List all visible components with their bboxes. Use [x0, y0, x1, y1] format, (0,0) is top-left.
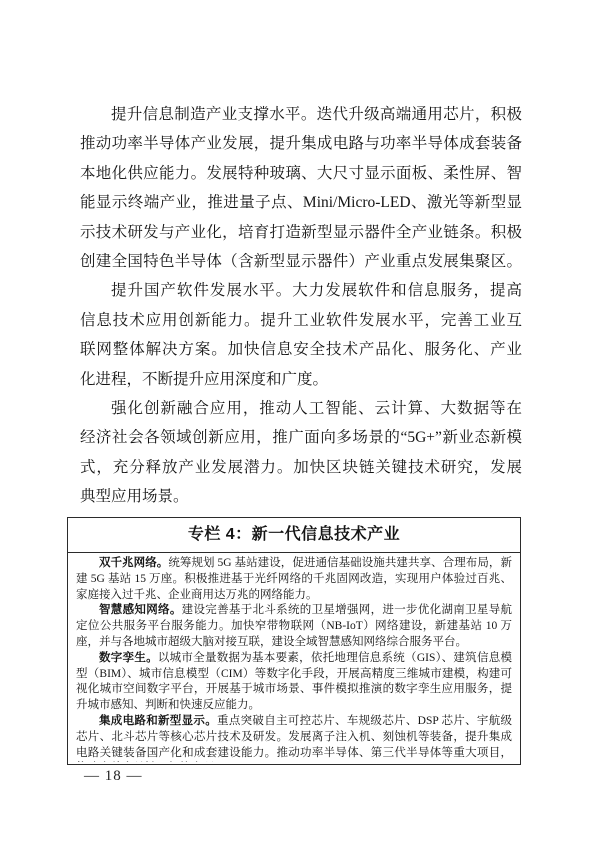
- box-item: 集成电路和新型显示。重点突破自主可控芯片、车规级芯片、DSP 芯片、宇航级芯片、…: [76, 714, 512, 762]
- box-item: 数字孪生。以城市全量数据为基本要素，依托地理信息系统（GIS）、建筑信息模型（B…: [76, 651, 512, 714]
- text-line: 提升国产软件发展水平。大力发展软件和信息服务，提高: [80, 276, 522, 305]
- box-item: 智慧感知网络。建设完善基于北斗系统的卫星增强网，进一步优化湖南卫星导航定位公共服…: [76, 603, 512, 650]
- box-item-heading: 智慧感知网络。: [99, 604, 182, 616]
- text-line: 联网整体解决方案。加快信息安全技术产品化、服务化、产业: [80, 335, 522, 364]
- text-line: 创建全国特色半导体（含新型显示器件）产业重点发展集聚区。: [80, 247, 522, 276]
- paragraph: 提升国产软件发展水平。大力发展软件和信息服务，提高 信息技术应用创新能力。提升工…: [80, 276, 522, 394]
- text-line: 本地化供应能力。发展特种玻璃、大尺寸显示面板、柔性屏、智: [80, 159, 522, 188]
- paragraph: 提升信息制造产业支撑水平。迭代升级高端通用芯片，积极 推动功率半导体产业发展，提…: [80, 100, 522, 276]
- box-item: 双千兆网络。统筹规划 5G 基站建设，促进通信基础设施共建共享、合理布局，新建 …: [76, 556, 512, 603]
- text-line: 强化创新融合应用，推动人工智能、云计算、大数据等在: [80, 394, 522, 423]
- text-line: 经济社会各领域创新应用，推广面向多场景的“5G+”新业态新模: [80, 423, 522, 452]
- page-number: — 18 —: [84, 768, 143, 785]
- text-line: 式，充分释放产业发展潜力。加快区块链关键技术研究，发展: [80, 453, 522, 482]
- text-line: 典型应用场景。: [80, 482, 522, 511]
- column-box-body: 双千兆网络。统筹规划 5G 基站建设，促进通信基础设施共建共享、合理布局，新建 …: [68, 553, 520, 762]
- text-line: 示技术研发与产业化，培育打造新型显示器件全产业链条。积极: [80, 218, 522, 247]
- document-page: 提升信息制造产业支撑水平。迭代升级高端通用芯片，积极 推动功率半导体产业发展，提…: [0, 0, 600, 848]
- text-line: 化进程，不断提升应用深度和广度。: [80, 365, 522, 394]
- column-box: 专栏 4：新一代信息技术产业 双千兆网络。统筹规划 5G 基站建设，促进通信基础…: [67, 517, 521, 765]
- text-line: 能显示终端产业，推进量子点、Mini/Micro-LED、激光等新型显: [80, 188, 522, 217]
- box-item-heading: 双千兆网络。: [99, 557, 168, 569]
- text-line: 推动功率半导体产业发展，提升集成电路与功率半导体成套装备: [80, 129, 522, 158]
- text-line: 信息技术应用创新能力。提升工业软件发展水平，完善工业互: [80, 306, 522, 335]
- box-item-heading: 数字孪生。: [99, 652, 158, 664]
- text-line: 提升信息制造产业支撑水平。迭代升级高端通用芯片，积极: [80, 100, 522, 129]
- box-item-heading: 集成电路和新型显示。: [99, 715, 217, 727]
- body-paragraphs: 提升信息制造产业支撑水平。迭代升级高端通用芯片，积极 推动功率半导体产业发展，提…: [80, 100, 522, 511]
- column-box-title: 专栏 4：新一代信息技术产业: [68, 518, 520, 553]
- paragraph: 强化创新融合应用，推动人工智能、云计算、大数据等在 经济社会各领域创新应用，推广…: [80, 394, 522, 512]
